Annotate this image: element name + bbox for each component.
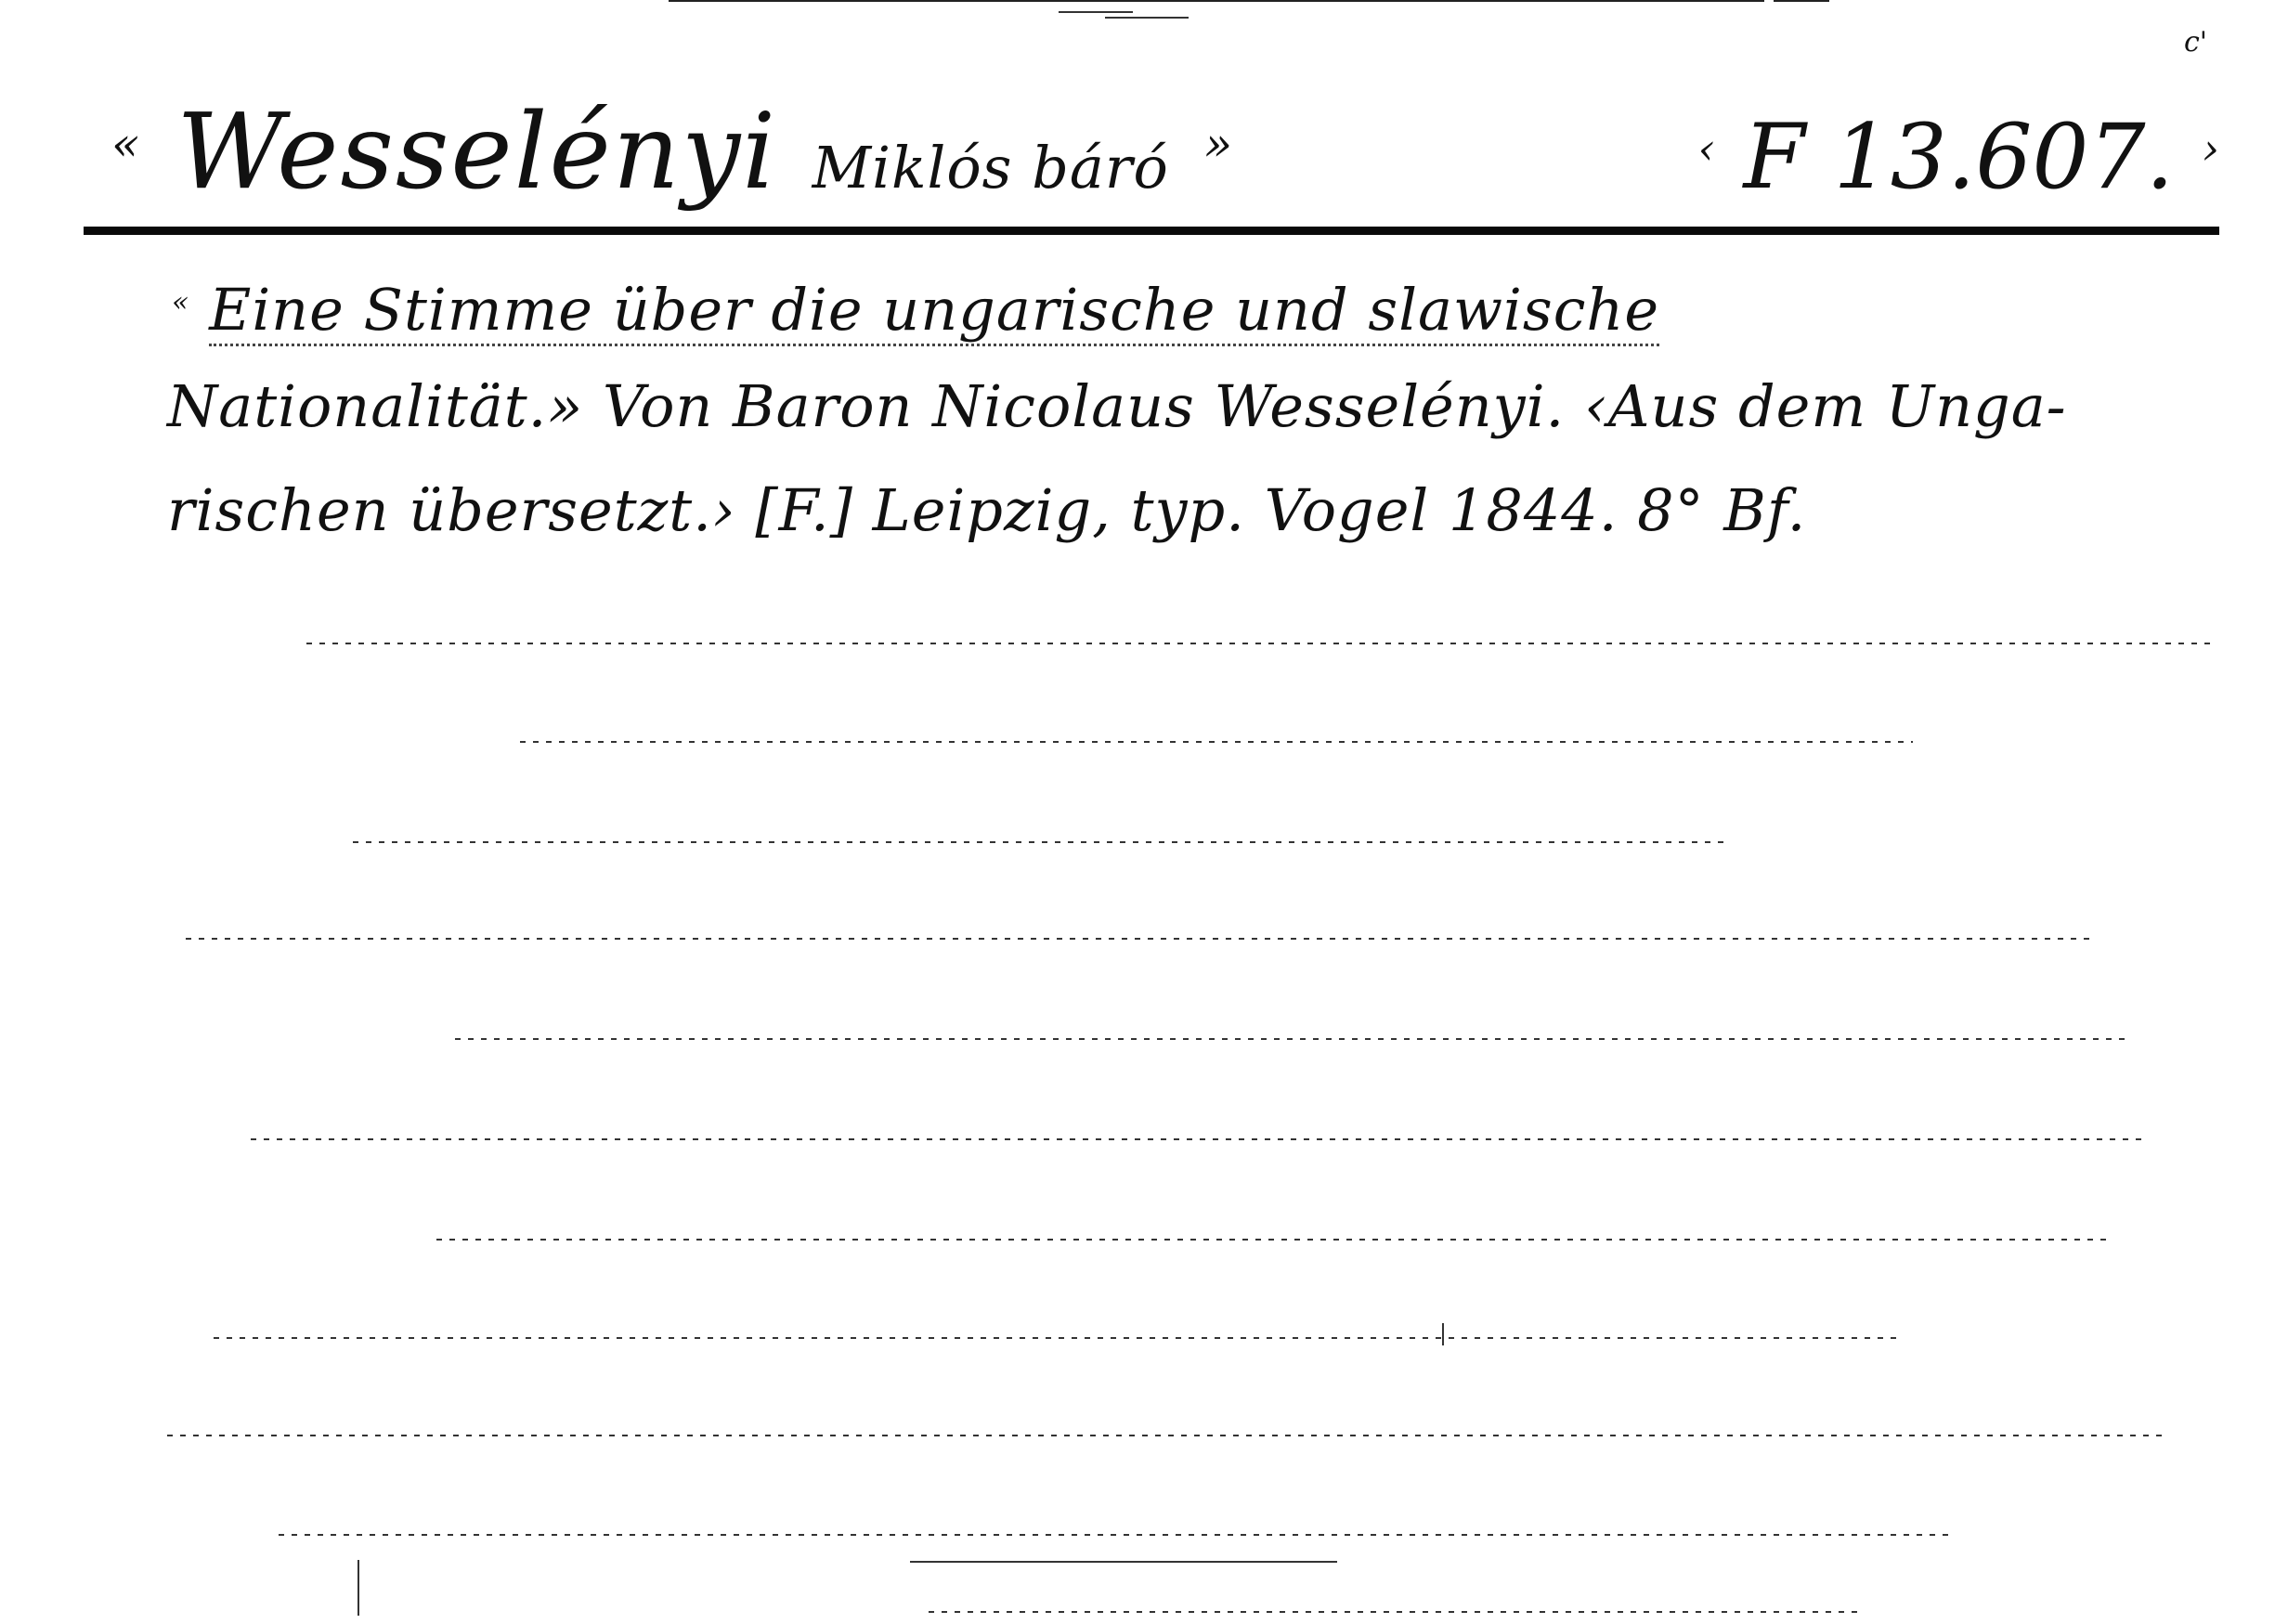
entry-line-1: « Eine Stimme über die ungarische und sl… bbox=[130, 251, 2173, 355]
bibliographic-entry: « Eine Stimme über die ungarische und sl… bbox=[130, 251, 2173, 563]
entry-line-text: Eine Stimme über die ungarische und slaw… bbox=[209, 276, 1659, 346]
catalog-card: c' « Wesselényi Miklós báró » ‹ F 13.607… bbox=[0, 0, 2288, 1624]
shelfmark-value: F 13.607. bbox=[1744, 105, 2175, 209]
shelfmark-open-bracket: ‹ bbox=[1698, 123, 1715, 174]
shelfmark-close-bracket: › bbox=[2203, 123, 2219, 174]
ruled-line-residue bbox=[520, 741, 1913, 743]
entry-line-3: rischen übersetzt.› [F.] Leipzig, typ. V… bbox=[130, 459, 2173, 563]
scan-artifact bbox=[1059, 11, 1133, 13]
ruled-line-residue bbox=[251, 1138, 2145, 1140]
ruled-line-residue bbox=[306, 643, 2210, 644]
ruled-line-residue bbox=[455, 1038, 2126, 1040]
ruled-line-residue bbox=[353, 841, 1727, 843]
entry-line-2: Nationalität.» Von Baron Nicolaus Wessel… bbox=[130, 355, 2173, 459]
scan-artifact bbox=[357, 1560, 359, 1616]
ruled-line-residue bbox=[436, 1239, 2108, 1241]
card-top-edge bbox=[669, 0, 1764, 2]
entry-line-text: Nationalität.» Von Baron Nicolaus Wessel… bbox=[167, 372, 2067, 440]
card-top-edge-fragment bbox=[1774, 0, 1829, 2]
ruled-line-residue bbox=[214, 1337, 1904, 1339]
open-quote: « bbox=[111, 117, 142, 171]
author-surname: Wesselényi bbox=[176, 92, 777, 213]
ruled-line-residue bbox=[929, 1611, 1857, 1613]
corner-mark: c' bbox=[2184, 26, 2207, 58]
ruled-line-residue bbox=[279, 1534, 1950, 1536]
open-quote: « bbox=[172, 286, 189, 318]
close-quote: » bbox=[1203, 117, 1234, 171]
heading-rule bbox=[84, 227, 2219, 235]
card-heading: « Wesselényi Miklós báró » ‹ F 13.607. › bbox=[111, 74, 2219, 227]
ruled-line-residue bbox=[910, 1561, 1337, 1563]
entry-line-text: rischen übersetzt.› [F.] Leipzig, typ. V… bbox=[167, 476, 1806, 544]
heading-name: « Wesselényi Miklós báró » bbox=[111, 74, 1234, 238]
shelfmark: ‹ F 13.607. › bbox=[1698, 84, 2219, 222]
ruled-line-residue bbox=[167, 1435, 2164, 1436]
scan-artifact bbox=[1105, 17, 1189, 19]
author-forename-title: Miklós báró bbox=[812, 134, 1169, 201]
ruled-line-residue bbox=[186, 938, 2089, 940]
scan-artifact bbox=[1442, 1323, 1444, 1345]
